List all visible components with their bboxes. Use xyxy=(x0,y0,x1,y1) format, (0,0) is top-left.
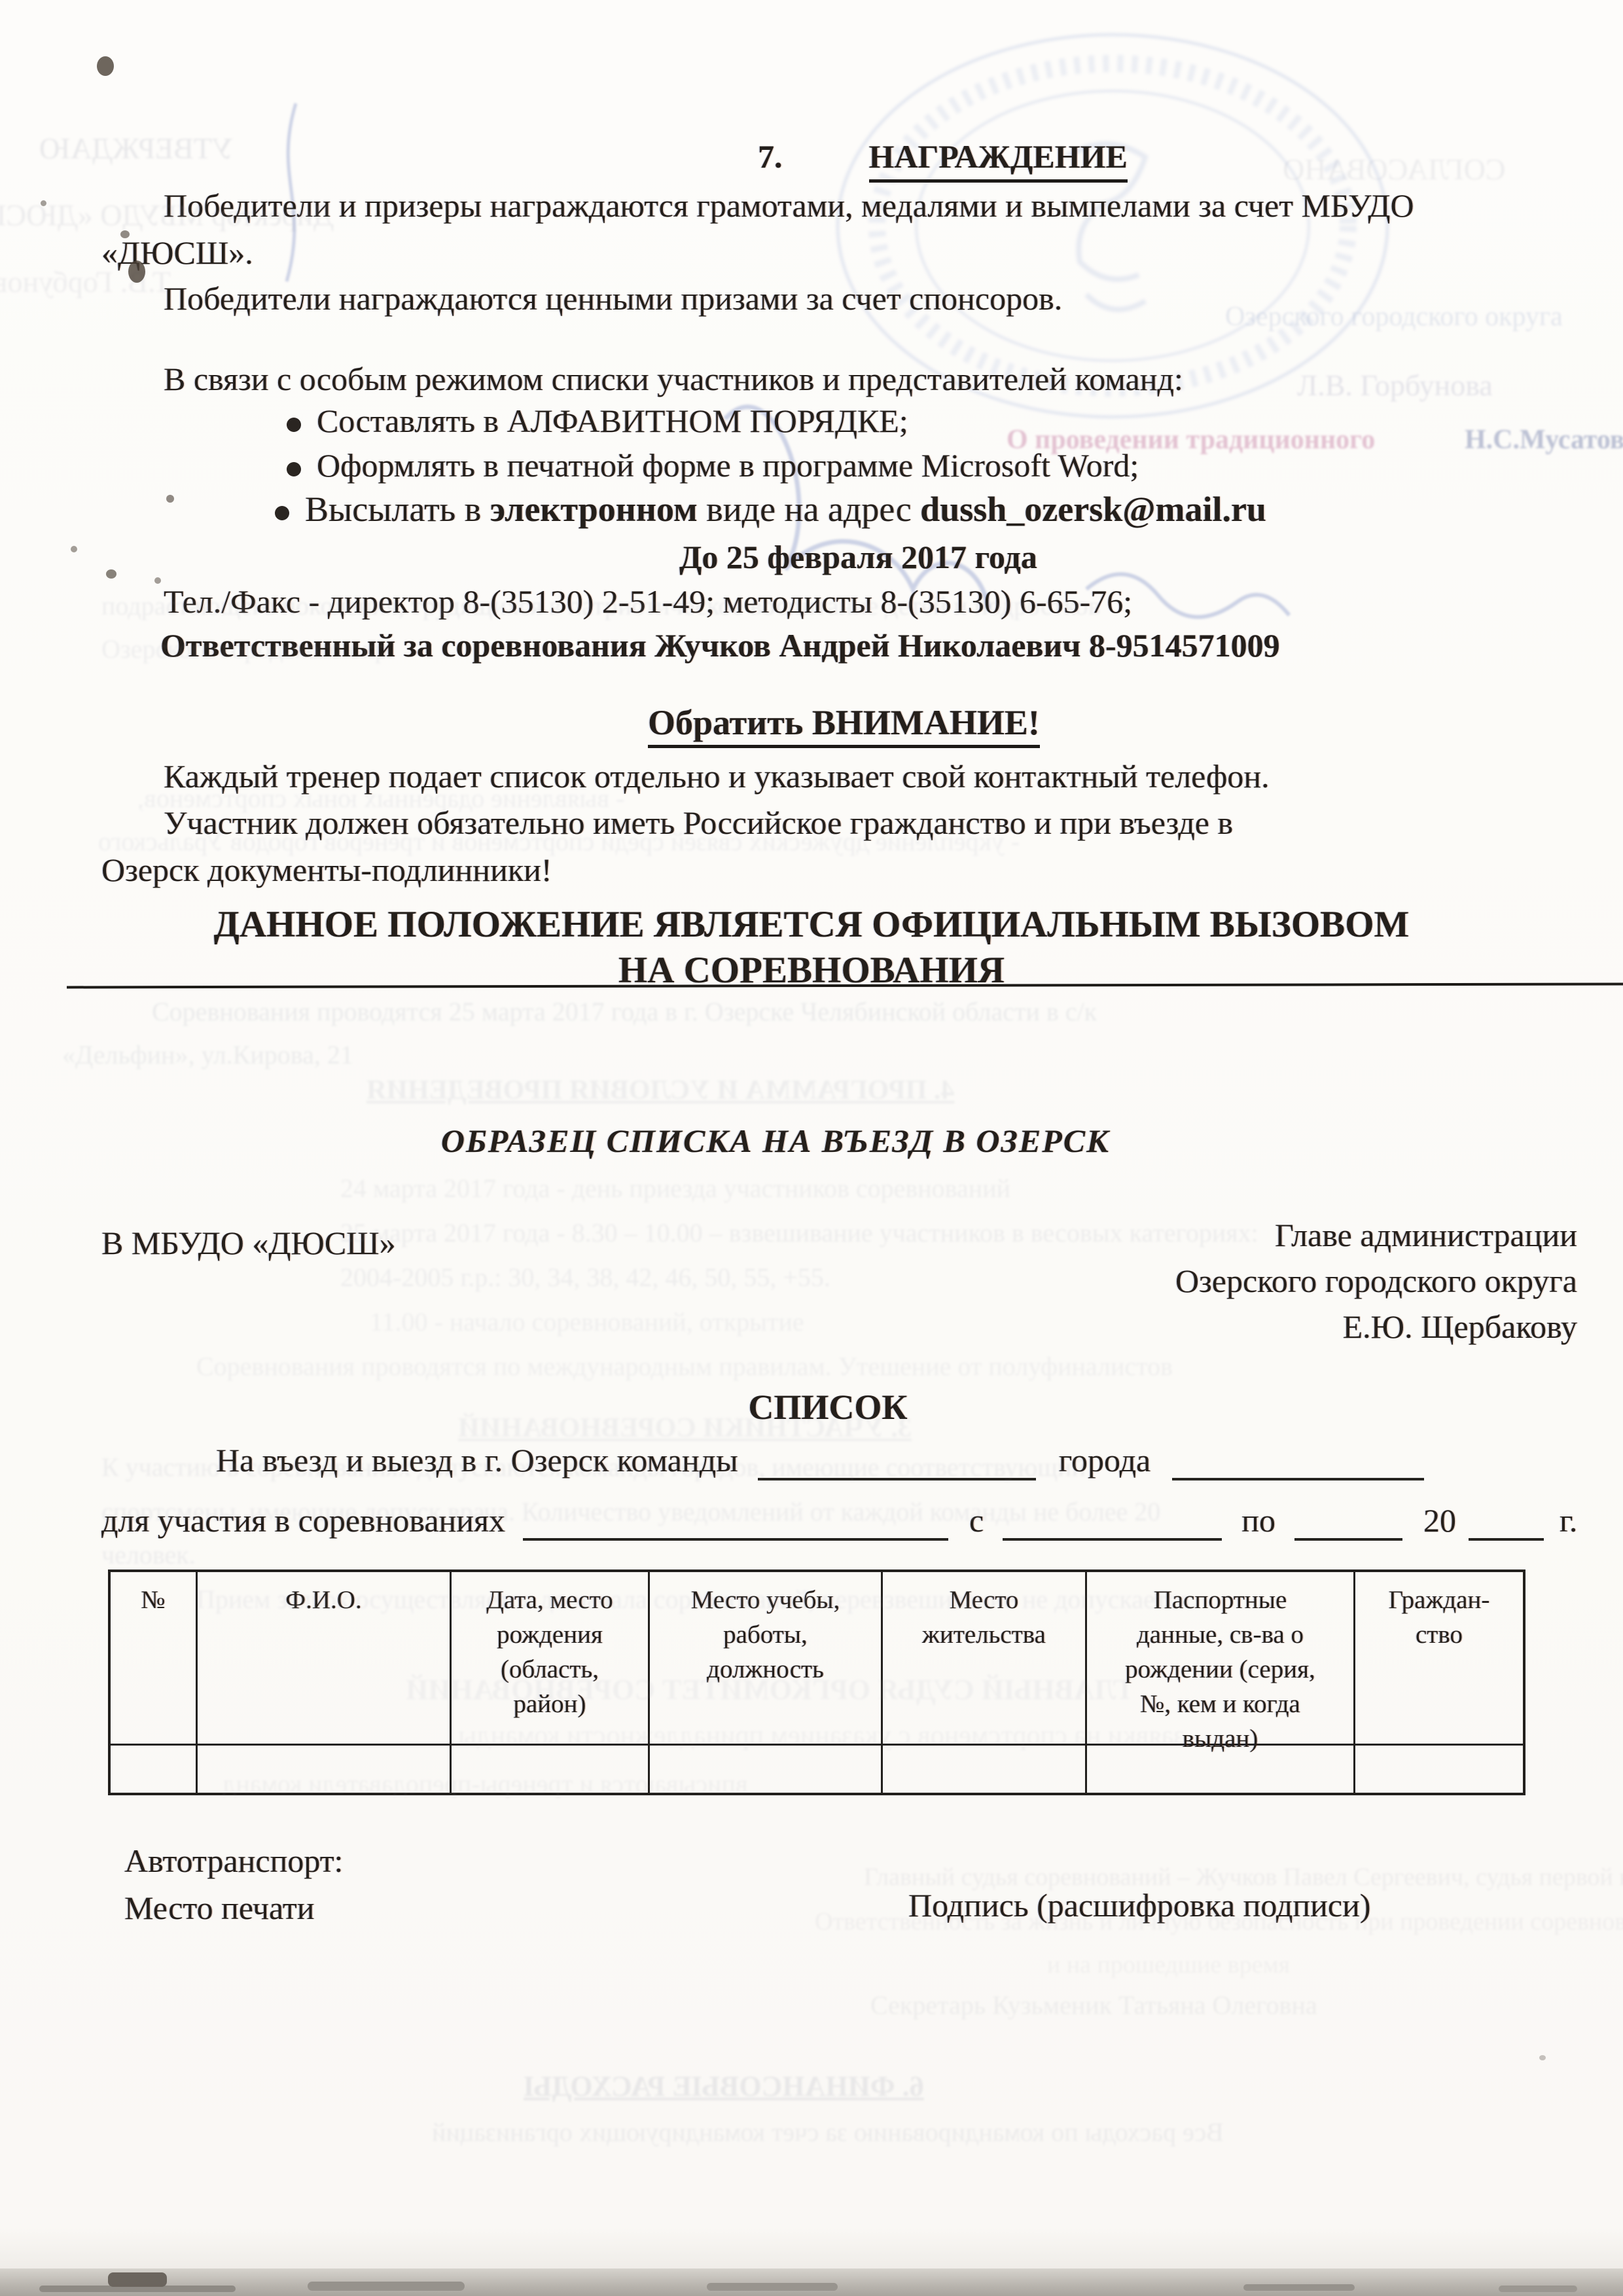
bleed-text: - укрепление дружеских связей среди спор… xyxy=(98,826,1020,857)
dirt-speck xyxy=(41,200,46,206)
dirt-speck xyxy=(71,546,77,552)
bleed-text: - выявление одаренных юных спортсменов, xyxy=(137,783,624,814)
bleed-artifact-layer: УТВЕРЖДАЮДиректор МБУДО «ДЮСШ»Т.В. Горбу… xyxy=(0,0,1623,2296)
bleed-text: подрастающего поколения, трудящихся в па… xyxy=(101,590,1101,621)
bleed-text: человек. xyxy=(101,1539,196,1570)
bleed-text: заявки на спортсменов с указанием принад… xyxy=(458,1720,1185,1751)
bleed-text: Ответственность за жизнь и личную безопа… xyxy=(815,1907,1623,1936)
bleed-text: Н.С.Мусатова, xyxy=(1465,424,1623,456)
dirt-speck xyxy=(106,569,116,579)
bleed-text: УТВЕРЖДАЮ xyxy=(39,131,234,166)
bleed-text: и на прошедшие время xyxy=(1047,1950,1290,1979)
bleed-text: ГЛАВНЫЙ СУДЬЯ ОРГКОМИТЕТ СОРЕВНОВАНИЙ xyxy=(406,1673,1130,1706)
bleed-text: СОГЛАСОВАНО xyxy=(1283,152,1506,187)
dirt-speck xyxy=(166,495,174,503)
bleed-text: 6. ФИНАНСОВЫЕ РАСХОДЫ xyxy=(524,2070,924,2103)
bleed-text: 11.00 - начало соревнований, открытие xyxy=(370,1306,804,1337)
bleed-text: Соревнования проводятся по международным… xyxy=(196,1351,1173,1382)
bleed-text: Секретарь Кузьменик Татьяна Олеговна xyxy=(870,1990,1317,2020)
bleed-text: К участию в соревнованиях допускаются ко… xyxy=(101,1452,1086,1482)
bleed-text: Озерского городского округа xyxy=(1225,301,1563,332)
bleed-text: 24 марта 2017 года - день приезда участн… xyxy=(340,1173,1010,1204)
bleed-text: Л.В. Горбунова xyxy=(1297,368,1493,403)
dirt-speck xyxy=(154,577,161,584)
bleed-text: 4. ПРОГРАММА И УСЛОВИЯ ПРОВЕДЕНИЯ xyxy=(366,1075,954,1106)
bleed-text: 2004-2005 г.р.: 30, 34, 38, 42, 46, 50, … xyxy=(340,1262,830,1293)
bleed-text: «Дельфин», ул.Кирова, 21 xyxy=(62,1039,353,1070)
bleed-text: вписываются и тренеры-преподаватели кома… xyxy=(223,1768,748,1799)
bleed-text: спортсмены, имеющие допуск врача. Количе… xyxy=(101,1496,1160,1527)
dirt-speck xyxy=(1539,2055,1546,2060)
bleed-text: Директор МБУДО «ДЮСШ» xyxy=(0,198,334,232)
bleed-text: 25 марта 2017 года - 8.30 – 10.00 – взве… xyxy=(340,1217,1258,1248)
dirt-speck xyxy=(120,230,130,238)
scanned-document-page: 7. НАГРАЖДЕНИЕ Победители и призеры нагр… xyxy=(0,0,1623,2296)
bleed-text: Озерского городского окр xyxy=(101,634,388,664)
bleed-text: 3. УЧАСТНИКИ СОРЕВНОВАНИЙ xyxy=(458,1412,912,1444)
bleed-text: Прием заявок осуществляется до начала со… xyxy=(196,1584,1197,1615)
scanner-edge-band xyxy=(0,2269,1623,2296)
bleed-text: Главный судья соревнований – Жучков Паве… xyxy=(864,1863,1623,1892)
bleed-text: О проведении традиционного xyxy=(1007,424,1375,456)
dirt-speck xyxy=(128,260,145,283)
bleed-text: Все расходы по командированию за счет ко… xyxy=(432,2117,1224,2147)
dirt-speck xyxy=(97,56,114,76)
bleed-text: Соревнования проводятся 25 марта 2017 го… xyxy=(152,996,1097,1027)
